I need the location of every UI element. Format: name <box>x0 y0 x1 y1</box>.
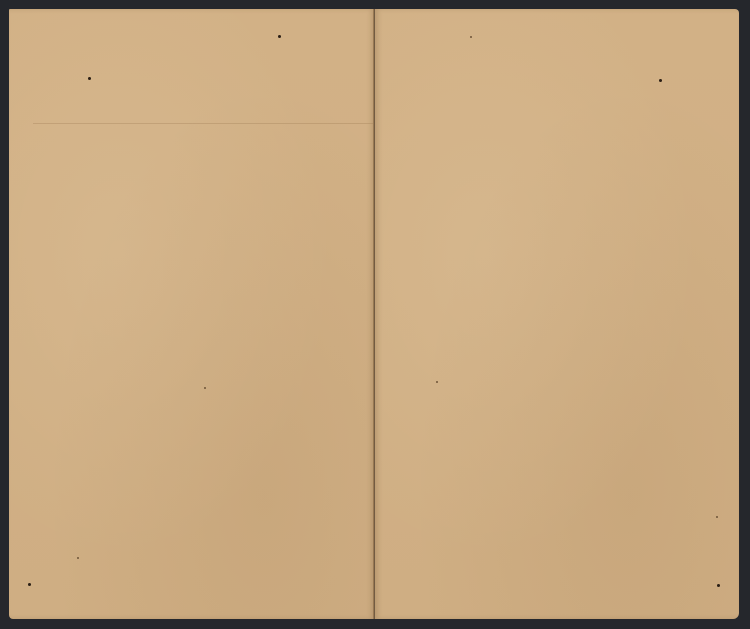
page-crease <box>33 123 373 124</box>
paper-speck <box>717 584 720 587</box>
paper-speck <box>28 583 31 586</box>
paper-speck <box>88 77 91 80</box>
right-page <box>375 9 739 619</box>
paper-speck <box>470 36 472 38</box>
book-gutter <box>373 9 375 619</box>
left-page <box>9 9 374 619</box>
paper-speck <box>436 381 438 383</box>
paper-speck <box>204 387 206 389</box>
paper-speck <box>659 79 662 82</box>
paper-speck <box>77 557 79 559</box>
book-photo <box>0 0 750 629</box>
paper-speck <box>278 35 281 38</box>
paper-speck <box>716 516 718 518</box>
